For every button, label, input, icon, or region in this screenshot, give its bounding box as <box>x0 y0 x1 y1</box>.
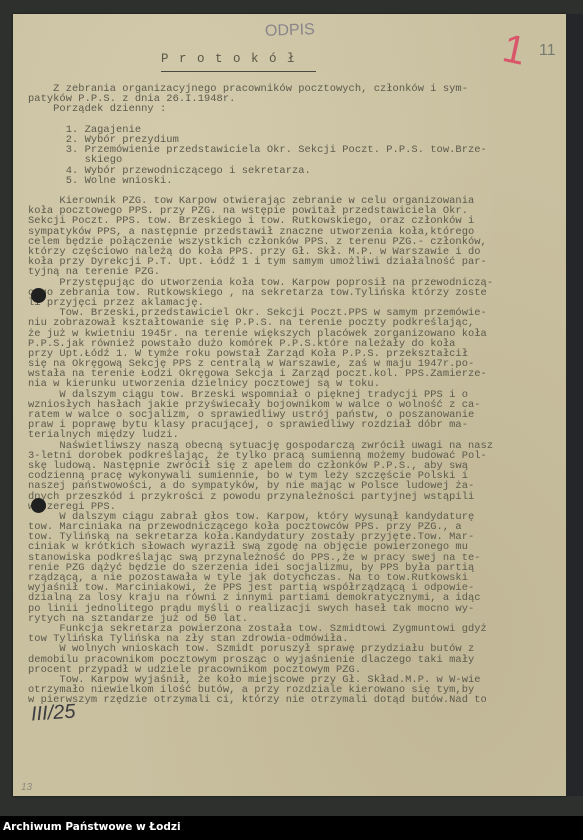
typed-line: w pierwszym rzędzie otrzymali ci, którzy… <box>28 695 558 705</box>
viewer-footer: Archiwum Państwowe w Łodzi <box>0 816 583 840</box>
typed-line: W wolnych wnioskach tow. Szmidt poruszył… <box>28 644 558 654</box>
document-title: Protokół <box>161 52 316 72</box>
document-page: ODPIS 1 11 Protokół Z zebrania organizac… <box>13 14 566 796</box>
typed-line: skiego <box>28 155 558 165</box>
punch-hole-icon <box>31 288 46 303</box>
typed-line: 5. Wolne wnioski. <box>28 176 558 186</box>
page-number: 13 <box>21 782 32 793</box>
typed-body: Z zebrania organizacyjnego pracowników p… <box>28 84 558 705</box>
typed-line: niu zobrazował kształtowanie się P.P.S. … <box>28 318 558 328</box>
odpis-stamp: ODPIS <box>265 21 315 41</box>
archive-label: Archiwum Państwowe w Łodzi <box>3 821 181 833</box>
folio-number: 1 <box>499 26 530 75</box>
typed-line: naszej państwowości, a do sympatyków, by… <box>28 481 558 491</box>
typed-line: Porządek dzienny : <box>28 104 558 114</box>
punch-hole-icon <box>31 498 46 513</box>
document-viewer: ODPIS 1 11 Protokół Z zebrania organizac… <box>0 0 583 816</box>
folio-mark: 11 <box>539 42 556 60</box>
viewer-edge <box>566 14 583 796</box>
margin-annotation: III/25 <box>30 700 76 726</box>
